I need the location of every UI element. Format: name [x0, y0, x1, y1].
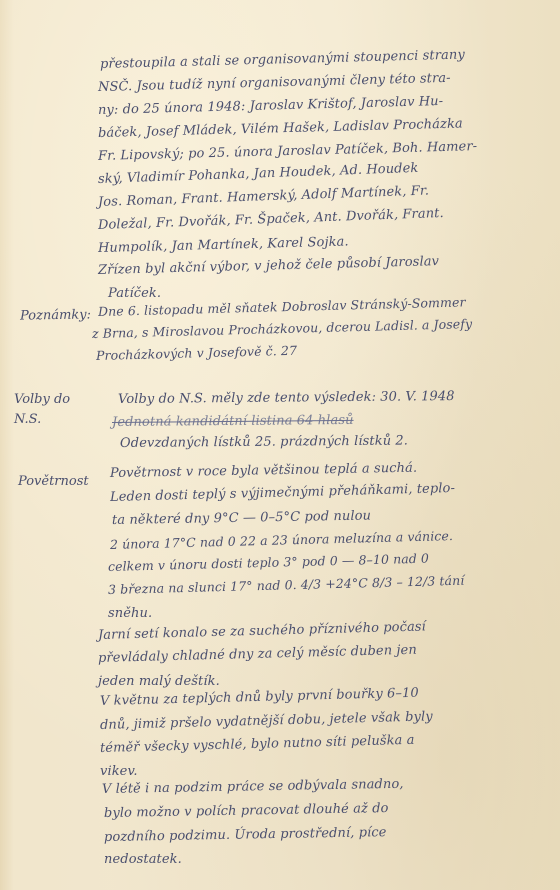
text-line: 2 února 17°C nad 0 22 a 23 února meluzín…	[110, 528, 453, 552]
text-line: Doležal, Fr. Dvořák, Fr. Špaček, Ant. Dv…	[98, 206, 444, 233]
text-line: V květnu za teplých dnů byly první bouřk…	[100, 686, 419, 709]
elections-margin-label: N.S.	[14, 412, 41, 427]
text-line: Povětrnost v roce byla většinou teplá a …	[110, 461, 417, 481]
text-line: z Brna, s Miroslavou Procházkovou, dcero…	[92, 316, 473, 341]
text-line: Volby do N.S. měly zde tento výsledek: 3…	[118, 389, 455, 407]
text-line: 3 března na slunci 17° nad 0. 4/3 +24°C …	[108, 573, 465, 597]
text-line: Jos. Roman, Frant. Hamerský, Adolf Martí…	[98, 183, 429, 210]
text-line: Fr. Lipovský; po 25. února Jaroslav Patí…	[98, 139, 478, 164]
text-line: Leden dosti teplý s výjimečnými přeháňka…	[110, 481, 455, 505]
text-line: celkem v únoru dosti teplo 3° pod 0 — 8–…	[108, 551, 429, 574]
weather-margin-label: Povětrnost	[18, 474, 89, 489]
notes-margin-label: Poznámky:	[20, 307, 91, 323]
text-line: ny: do 25 února 1948: Jaroslav Krištof, …	[98, 94, 444, 118]
text-line: bylo možno v polích pracovat dlouhé až d…	[104, 801, 389, 821]
text-line: dnů, jimiž pršelo vydatnější dobu, jetel…	[100, 709, 433, 733]
text-line: ský, Vladimír Pohanka, Jan Houdek, Ad. H…	[98, 161, 419, 187]
text-line: Jarní setí konalo se za suchého příznivé…	[98, 619, 426, 643]
text-line: nedostatek.	[104, 852, 182, 867]
struck-text-line: Jednotná kandidátní listina 64 hlasů	[112, 413, 354, 430]
text-line: V létě i na podzim práce se odbývala sna…	[102, 777, 404, 797]
text-line: Patíček.	[108, 286, 161, 301]
text-line: Procházkových v Josefově č. 27	[96, 343, 297, 363]
text-line: Humpolík, Jan Martínek, Karel Sojka.	[98, 234, 349, 256]
text-line: NSČ. Jsou tudíž nyní organisovanými člen…	[98, 71, 451, 95]
text-line: přestoupila a stali se organisovanými st…	[100, 47, 465, 72]
text-line: pozdního podzimu. Úroda prostřední, píce	[104, 825, 387, 845]
text-line: sněhu.	[108, 606, 152, 621]
text-line: vikev.	[100, 764, 138, 779]
text-line: báček, Josef Mládek, Vilém Hašek, Ladisl…	[98, 116, 463, 141]
text-line: Odevzdaných lístků 25. prázdných lístků …	[120, 433, 408, 451]
elections-margin-label: Volby do	[14, 392, 70, 407]
text-line: převládaly chladné dny za celý měsíc dub…	[98, 643, 417, 666]
text-line: Zřízen byl akční výbor, v jehož čele půs…	[98, 254, 439, 278]
text-line: ta některé dny 9°C — 0–5°C pod nulou	[112, 508, 371, 528]
text-line: jeden malý deštík.	[98, 674, 220, 689]
chronicle-page: přestoupila a stali se organisovanými st…	[0, 0, 560, 890]
text-line: téměř všecky vyschlé, bylo nutno síti pe…	[100, 733, 415, 756]
